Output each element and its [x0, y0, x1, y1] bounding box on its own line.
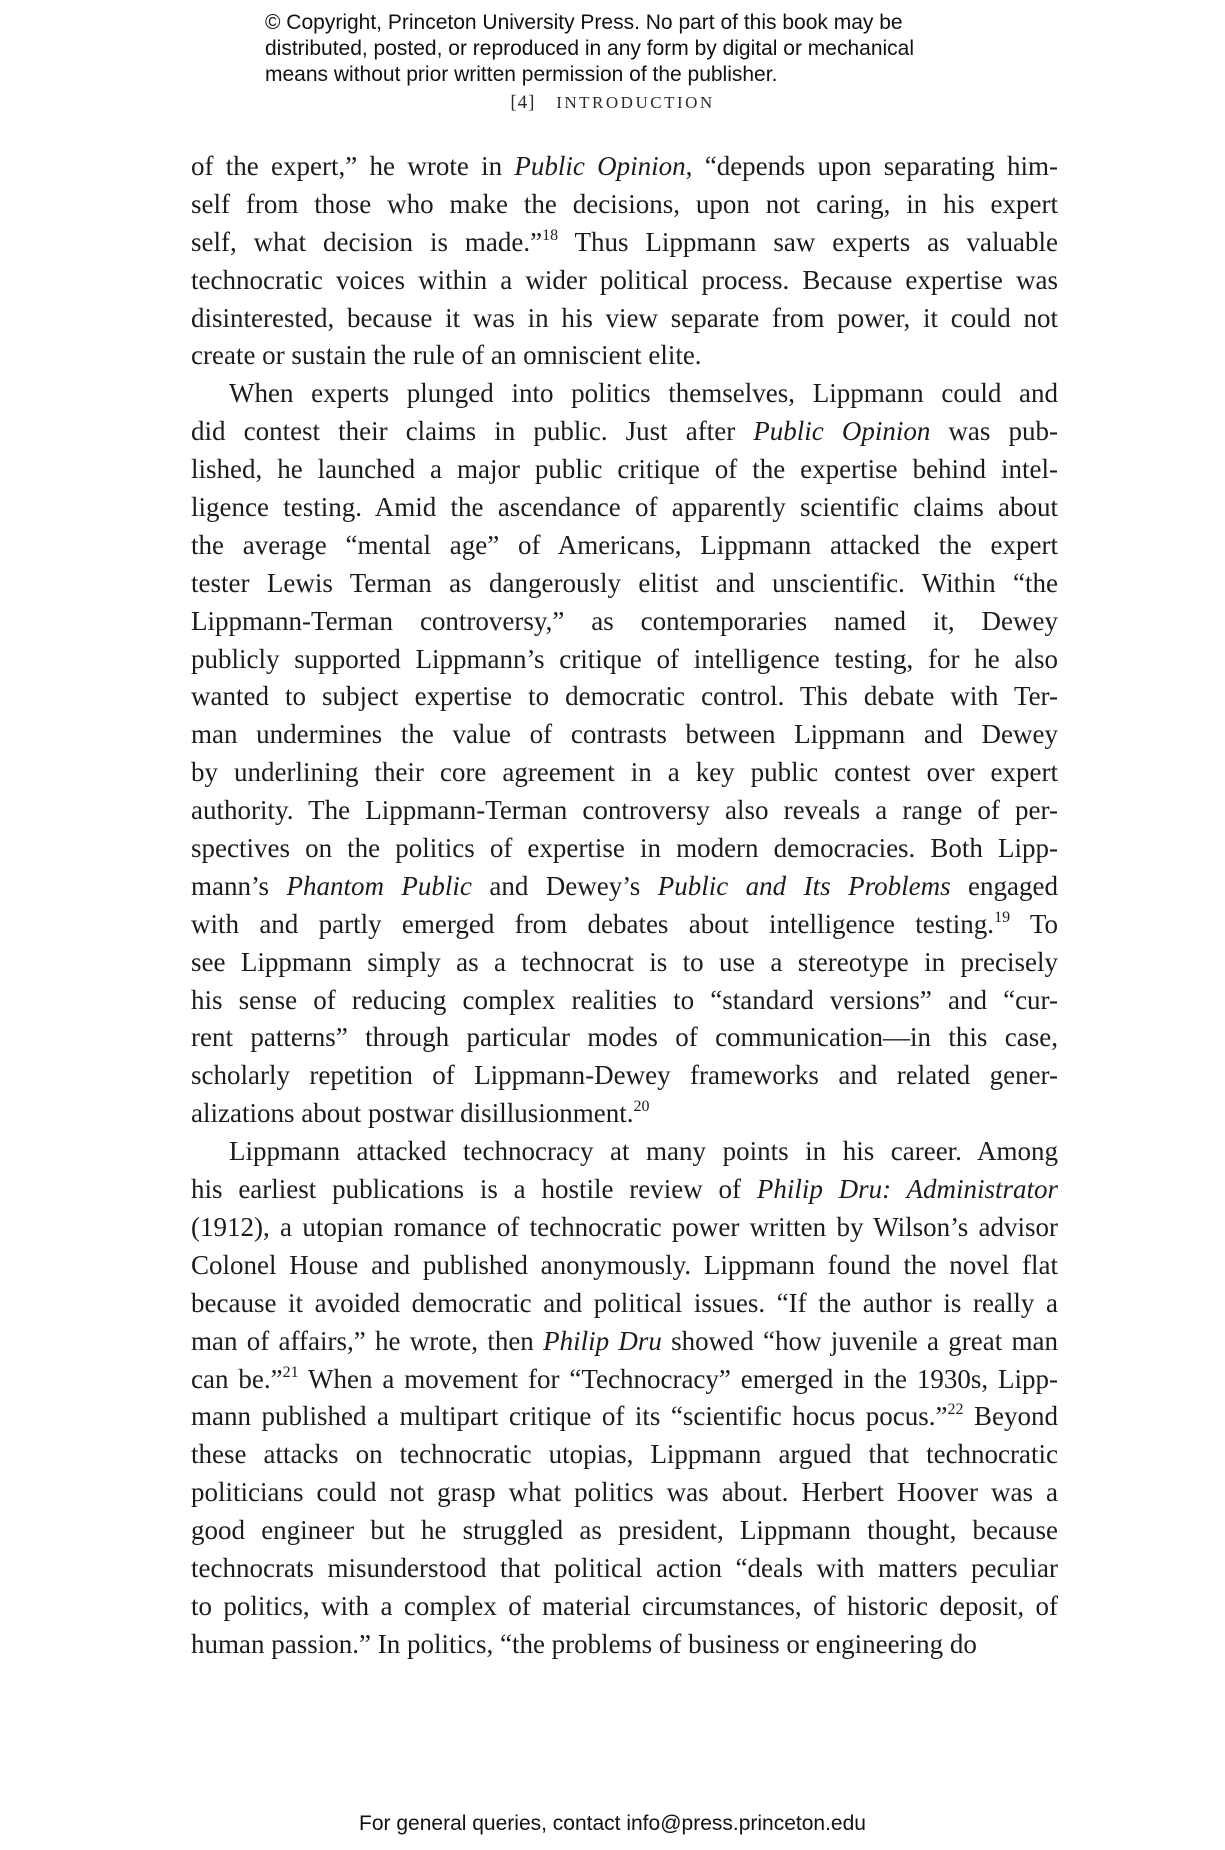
- italic-title: Public Opinion: [514, 151, 685, 181]
- section-title: INTRODUCTION: [556, 93, 714, 112]
- text-run: did contest their claims in public. Just…: [191, 416, 753, 446]
- text-line: mann published a multipart critique of i…: [191, 1398, 1058, 1436]
- text-run: to politics, with a complex of material …: [191, 1591, 1058, 1621]
- text-run: Lippmann attacked technocracy at many po…: [229, 1136, 1058, 1166]
- text-run: authority. The Lippmann-Terman controver…: [191, 795, 1058, 825]
- text-run: tester Lewis Terman as dangerously eliti…: [191, 568, 1058, 598]
- text-run: Colonel House and published anonymously.…: [191, 1250, 1058, 1280]
- text-run: wanted to subject expertise to democrati…: [191, 681, 1058, 711]
- text-line: by underlining their core agreement in a…: [191, 754, 1058, 792]
- text-line: Colonel House and published anonymously.…: [191, 1247, 1058, 1285]
- page-number: [4]: [510, 92, 535, 113]
- footnote-marker: 22: [948, 1401, 964, 1418]
- text-line: authority. The Lippmann-Terman controver…: [191, 792, 1058, 830]
- italic-title: Philip Dru: [543, 1326, 662, 1356]
- text-run: technocrats misunderstood that political…: [191, 1553, 1058, 1583]
- text-run: man of affairs,” he wrote, then: [191, 1326, 543, 1356]
- text-line: to politics, with a complex of material …: [191, 1588, 1058, 1626]
- body-text: of the expert,” he wrote in Public Opini…: [191, 148, 1058, 1664]
- text-line: because it avoided democratic and politi…: [191, 1285, 1058, 1323]
- text-run: lished, he launched a major public criti…: [191, 454, 1058, 484]
- text-run: self from those who make the decisions, …: [191, 189, 1058, 219]
- text-run: When experts plunged into politics thems…: [229, 378, 1058, 408]
- text-line: politicians could not grasp what politic…: [191, 1474, 1058, 1512]
- text-run: When a movement for “Technocracy” emerge…: [299, 1364, 1058, 1394]
- text-line: man of affairs,” he wrote, then Philip D…: [191, 1323, 1058, 1361]
- text-run: was pub-: [930, 416, 1058, 446]
- text-run: of the expert,” he wrote in: [191, 151, 514, 181]
- text-line: tester Lewis Terman as dangerously eliti…: [191, 565, 1058, 603]
- running-head: [4] INTRODUCTION: [0, 92, 1225, 114]
- text-line: with and partly emerged from debates abo…: [191, 906, 1058, 944]
- italic-title: Philip Dru: Administrator: [757, 1174, 1058, 1204]
- text-run: by underlining their core agreement in a…: [191, 757, 1058, 787]
- text-line: Lippmann attacked technocracy at many po…: [191, 1133, 1058, 1171]
- text-line: wanted to subject expertise to democrati…: [191, 678, 1058, 716]
- text-run: ligence testing. Amid the ascendance of …: [191, 492, 1058, 522]
- text-run: and Dewey’s: [472, 871, 658, 901]
- text-line: human passion.” In politics, “the proble…: [191, 1626, 1058, 1664]
- italic-title: Public and Its Problems: [658, 871, 951, 901]
- text-run: because it avoided democratic and politi…: [191, 1288, 1058, 1318]
- text-line: mann’s Phantom Public and Dewey’s Public…: [191, 868, 1058, 906]
- text-line: disinterested, because it was in his vie…: [191, 300, 1058, 338]
- text-run: engaged: [951, 871, 1058, 901]
- text-line: the average “mental age” of Americans, L…: [191, 527, 1058, 565]
- footnote-marker: 19: [994, 909, 1010, 926]
- text-line: did contest their claims in public. Just…: [191, 413, 1058, 451]
- footer-contact: For general queries, contact info@press.…: [0, 1812, 1225, 1836]
- footnote-marker: 18: [542, 227, 558, 244]
- text-line: good engineer but he struggled as presid…: [191, 1512, 1058, 1550]
- text-run: human passion.” In politics, “the proble…: [191, 1629, 977, 1659]
- footnote-marker: 20: [633, 1098, 649, 1115]
- text-line: technocrats misunderstood that political…: [191, 1550, 1058, 1588]
- text-run: (1912), a utopian romance of technocrati…: [191, 1212, 1058, 1242]
- text-line: of the expert,” he wrote in Public Opini…: [191, 148, 1058, 186]
- text-run: Beyond: [964, 1401, 1059, 1431]
- paragraph: When experts plunged into politics thems…: [191, 375, 1058, 1133]
- text-run: the average “mental age” of Americans, L…: [191, 530, 1058, 560]
- text-line: alizations about postwar disillusionment…: [191, 1095, 1058, 1133]
- italic-title: Phantom Public: [286, 871, 471, 901]
- copyright-line: distributed, posted, or reproduced in an…: [265, 36, 985, 62]
- footnote-marker: 21: [283, 1364, 299, 1381]
- text-run: create or sustain the rule of an omnisci…: [191, 340, 702, 370]
- text-line: spectives on the politics of expertise i…: [191, 830, 1058, 868]
- text-run: good engineer but he struggled as presid…: [191, 1515, 1058, 1545]
- text-run: his earliest publications is a hostile r…: [191, 1174, 757, 1204]
- text-run: disinterested, because it was in his vie…: [191, 303, 1058, 333]
- text-line: (1912), a utopian romance of technocrati…: [191, 1209, 1058, 1247]
- text-run: man undermines the value of contrasts be…: [191, 719, 1058, 749]
- text-line: these attacks on technocratic utopias, L…: [191, 1436, 1058, 1474]
- text-line: When experts plunged into politics thems…: [191, 375, 1058, 413]
- text-run: Thus Lippmann saw experts as valuable: [558, 227, 1058, 257]
- text-run: spectives on the politics of expertise i…: [191, 833, 1058, 863]
- italic-title: Public Opinion: [753, 416, 930, 446]
- text-line: self, what decision is made.”18 Thus Lip…: [191, 224, 1058, 262]
- text-run: see Lippmann simply as a technocrat is t…: [191, 947, 1058, 977]
- copyright-notice: © Copyright, Princeton University Press.…: [265, 10, 985, 88]
- text-line: self from those who make the decisions, …: [191, 186, 1058, 224]
- text-run: can be.”: [191, 1364, 283, 1394]
- text-line: see Lippmann simply as a technocrat is t…: [191, 944, 1058, 982]
- text-run: Lippmann-Terman controversy,” as contemp…: [191, 606, 1058, 636]
- text-run: mann published a multipart critique of i…: [191, 1401, 948, 1431]
- text-run: To: [1010, 909, 1058, 939]
- text-run: alizations about postwar disillusionment…: [191, 1098, 633, 1128]
- text-run: his sense of reducing complex realities …: [191, 985, 1058, 1015]
- text-run: technocratic voices within a wider polit…: [191, 265, 1058, 295]
- text-line: publicly supported Lippmann’s critique o…: [191, 641, 1058, 679]
- text-line: his sense of reducing complex realities …: [191, 982, 1058, 1020]
- text-line: his earliest publications is a hostile r…: [191, 1171, 1058, 1209]
- text-line: create or sustain the rule of an omnisci…: [191, 337, 1058, 375]
- text-run: these attacks on technocratic utopias, L…: [191, 1439, 1058, 1469]
- text-run: scholarly repetition of Lippmann-Dewey f…: [191, 1060, 1058, 1090]
- text-line: Lippmann-Terman controversy,” as contemp…: [191, 603, 1058, 641]
- paragraph: of the expert,” he wrote in Public Opini…: [191, 148, 1058, 375]
- copyright-line: means without prior written permission o…: [265, 62, 985, 88]
- text-line: man undermines the value of contrasts be…: [191, 716, 1058, 754]
- text-run: mann’s: [191, 871, 286, 901]
- text-line: technocratic voices within a wider polit…: [191, 262, 1058, 300]
- text-line: rent patterns” through particular modes …: [191, 1019, 1058, 1057]
- text-run: , “depends upon separating him-: [686, 151, 1058, 181]
- text-run: with and partly emerged from debates abo…: [191, 909, 994, 939]
- text-run: showed “how juvenile a great man: [662, 1326, 1058, 1356]
- text-line: can be.”21 When a movement for “Technocr…: [191, 1361, 1058, 1399]
- copyright-line: © Copyright, Princeton University Press.…: [265, 10, 985, 36]
- text-line: ligence testing. Amid the ascendance of …: [191, 489, 1058, 527]
- text-run: rent patterns” through particular modes …: [191, 1022, 1058, 1052]
- text-run: politicians could not grasp what politic…: [191, 1477, 1058, 1507]
- text-line: lished, he launched a major public criti…: [191, 451, 1058, 489]
- paragraph: Lippmann attacked technocracy at many po…: [191, 1133, 1058, 1663]
- text-run: self, what decision is made.”: [191, 227, 542, 257]
- text-run: publicly supported Lippmann’s critique o…: [191, 644, 1058, 674]
- text-line: scholarly repetition of Lippmann-Dewey f…: [191, 1057, 1058, 1095]
